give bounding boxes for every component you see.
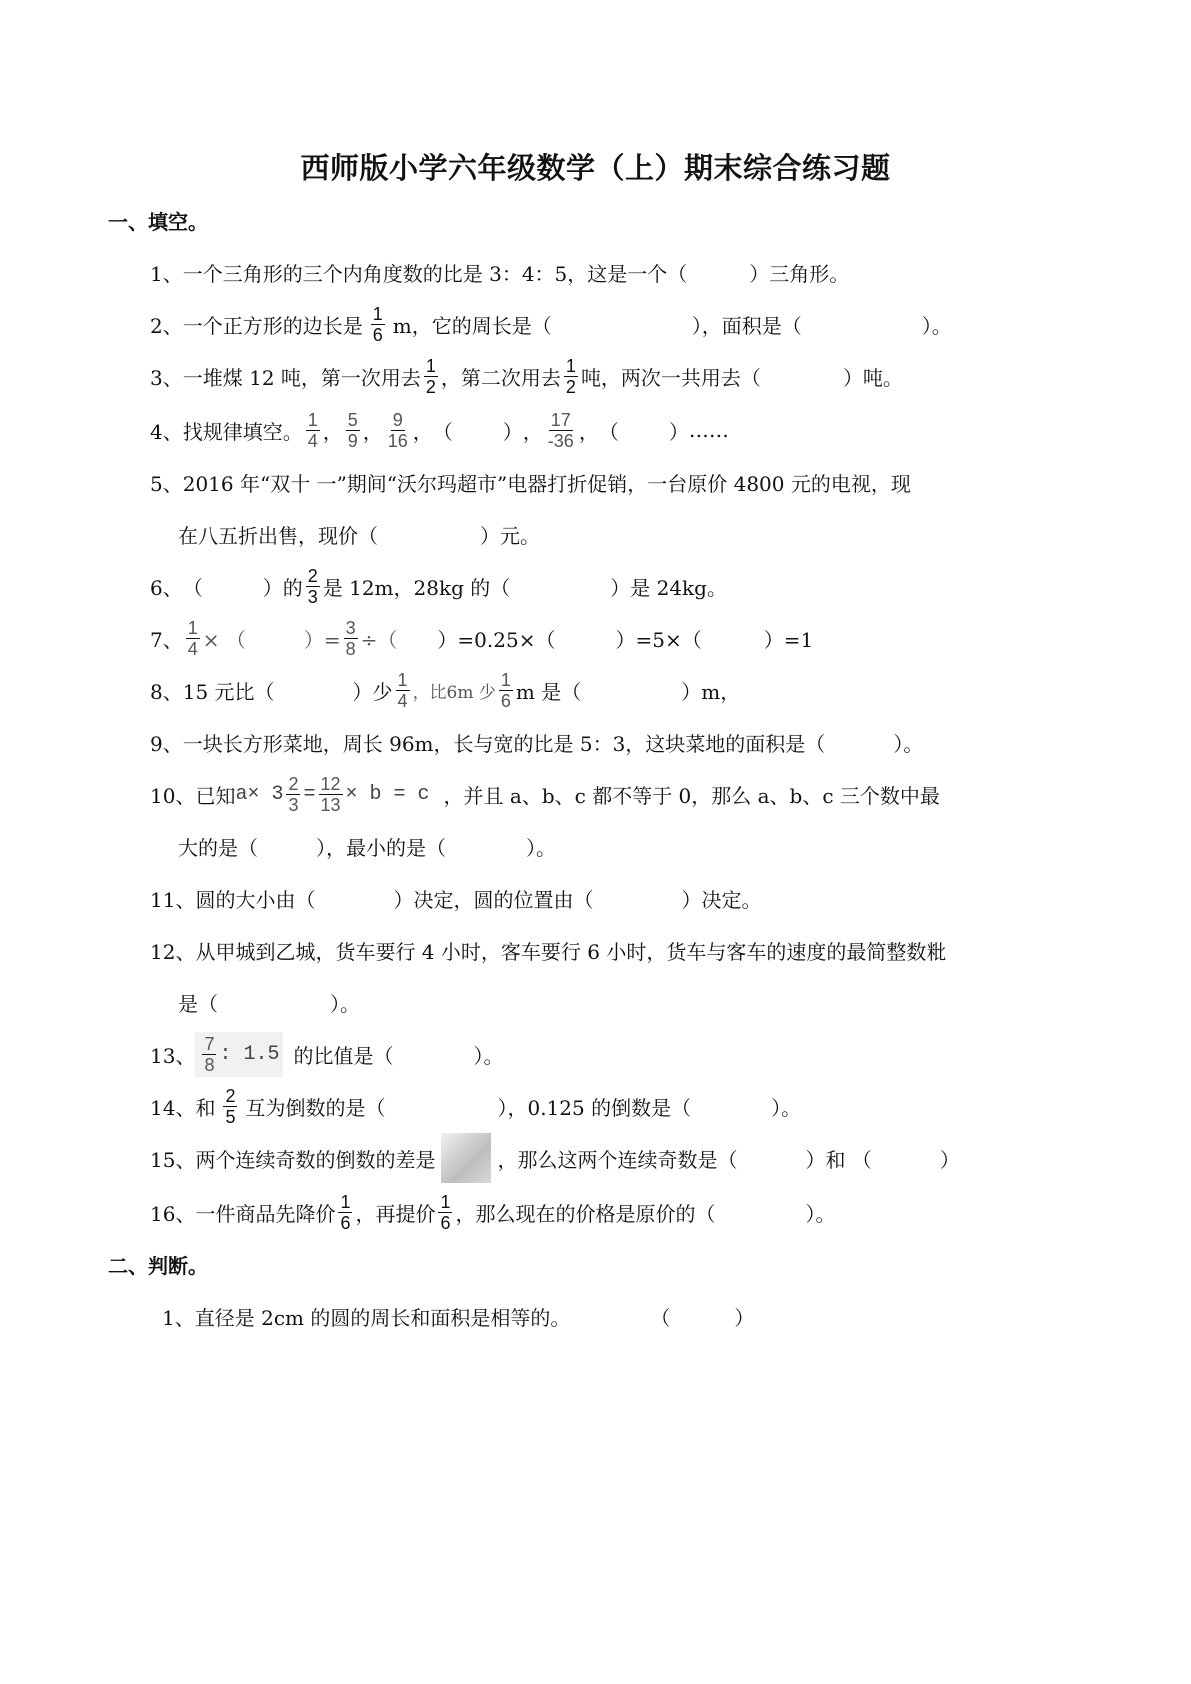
math-expression: a× 3 23 = 1213 × b = c bbox=[235, 774, 429, 815]
question-text: 的比值是（ bbox=[293, 1040, 393, 1069]
question-6: 6、 （ ）的 23 是 12m，28kg 的（ ）是 24kg。 bbox=[150, 566, 727, 606]
question-text: ） bbox=[940, 1144, 960, 1173]
question-1: 1、 一个三角形的三个内角度数的比是 3：4：5，这是一个（ ）三角形。 bbox=[150, 252, 849, 292]
question-text: ）。 bbox=[526, 832, 556, 861]
section-heading-judge: 二、判断。 bbox=[108, 1250, 208, 1279]
question-4: 4、 找规律填空。 14 ， 59 ， 916 ， （ ） ， 17-36 ， … bbox=[150, 410, 729, 450]
paren-open: （ bbox=[183, 572, 203, 601]
question-14: 14、 和 25 互为倒数的是（ ），0.125 的倒数是（ ）。 bbox=[150, 1086, 801, 1126]
question-10-continued: 大的是（ ），最小的是（ ）。 bbox=[178, 826, 556, 866]
question-text: 吨，两次一共用去（ bbox=[581, 362, 761, 391]
fraction: 14 bbox=[396, 670, 410, 711]
paren-close: ） bbox=[669, 416, 689, 445]
question-text: ）。 bbox=[805, 1198, 835, 1227]
question-text: 15 元比（ bbox=[183, 676, 275, 705]
question-text: ，那么现在的价格是原价的（ bbox=[455, 1198, 715, 1227]
question-8: 8、 15 元比（ ）少 14 ，比6m 少 16 m 是（ ）m， bbox=[150, 670, 740, 710]
question-text: m，它的周长是（ bbox=[393, 310, 552, 339]
question-text: 是（ bbox=[178, 988, 218, 1017]
question-text: ，再提价 bbox=[355, 1198, 435, 1227]
fraction: 25 bbox=[223, 1086, 237, 1127]
separator: ， bbox=[413, 416, 433, 445]
question-text: 2016 年“双十 一”期间“沃尔玛超市”电器打折促销，一台原价 4800 元的… bbox=[183, 468, 911, 497]
question-number: 4、 bbox=[150, 416, 183, 445]
judge-question-1: 1、 直径是 2cm 的圆的周长和面积是相等的。 （ ） bbox=[162, 1296, 754, 1336]
question-text: ）是 24kg。 bbox=[610, 572, 727, 601]
question-text: ，那么这两个连续奇数是（ bbox=[497, 1144, 737, 1173]
question-text: ，比6m 少 bbox=[413, 678, 496, 703]
question-13: 13、 78 : 1.5 的比值是（ ）。 bbox=[150, 1034, 503, 1074]
separator: ， bbox=[523, 416, 543, 445]
paren-open: （ bbox=[433, 416, 453, 445]
fraction: 16 bbox=[371, 304, 385, 345]
fraction: 16 bbox=[438, 1192, 452, 1233]
question-text: 一个正方形的边长是 bbox=[183, 310, 363, 339]
question-text: ÷（ bbox=[361, 624, 398, 653]
fraction: 916 bbox=[386, 410, 410, 451]
question-2: 2、 一个正方形的边长是 16 m，它的周长是（ ），面积是（ ）。 bbox=[150, 304, 952, 344]
fraction: 12 bbox=[564, 356, 578, 397]
question-text: ）元。 bbox=[480, 520, 540, 549]
fraction: 16 bbox=[338, 1192, 352, 1233]
question-text: ，第二次用去 bbox=[441, 362, 561, 391]
question-number: 1、 bbox=[162, 1302, 195, 1331]
fraction: 1213 bbox=[319, 774, 343, 815]
question-text: ），面积是（ bbox=[692, 310, 802, 339]
fraction: 12 bbox=[424, 356, 438, 397]
question-text: 找规律填空。 bbox=[183, 416, 303, 445]
question-text: ）少 bbox=[353, 676, 393, 705]
question-text: 从甲城到乙城，货车要行 4 小时，客车要行 6 小时，货车与客车的速度的最简整数… bbox=[195, 936, 946, 965]
question-text: 一个三角形的三个内角度数的比是 3：4：5，这是一个（ bbox=[183, 258, 688, 287]
question-text: ）三角形。 bbox=[749, 258, 849, 287]
question-12-continued: 是（ ）。 bbox=[178, 982, 360, 1022]
paren-close: ） bbox=[503, 416, 523, 445]
paren-open: （ bbox=[599, 416, 619, 445]
question-16: 16、 一件商品先降价 16 ，再提价 16 ，那么现在的价格是原价的（ ）。 bbox=[150, 1192, 835, 1232]
question-number: 10、 bbox=[150, 780, 195, 809]
question-number: 6、 bbox=[150, 572, 183, 601]
question-text: ）=1 bbox=[764, 624, 813, 653]
question-text: 在八五折出售，现价（ bbox=[178, 520, 378, 549]
question-5: 5、 2016 年“双十 一”期间“沃尔玛超市”电器打折促销，一台原价 4800… bbox=[150, 462, 911, 502]
question-number: 2、 bbox=[150, 310, 183, 339]
question-7: 7、 14 × （ ）= 38 ÷（ ）=0.25×（ ）=5×（ ）=1 bbox=[150, 618, 813, 658]
question-number: 8、 bbox=[150, 676, 183, 705]
question-number: 7、 bbox=[150, 624, 183, 653]
ratio-expression: 78 : 1.5 bbox=[195, 1032, 283, 1077]
question-text: 一块长方形菜地，周长 96m，长与宽的比是 5：3，这块菜地的面积是（ bbox=[183, 728, 826, 757]
question-text: 两个连续奇数的倒数的差是 bbox=[195, 1144, 435, 1173]
separator: ， bbox=[323, 416, 343, 445]
question-text: 一堆煤 12 吨，第一次用去 bbox=[183, 362, 421, 391]
question-text: ）= bbox=[304, 624, 341, 653]
question-text: ），0.125 的倒数是（ bbox=[497, 1092, 691, 1121]
question-text: 互为倒数的是（ bbox=[245, 1092, 385, 1121]
question-text: ）。 bbox=[473, 1040, 503, 1069]
question-text: ）=5×（ bbox=[615, 624, 701, 653]
question-text: 大的是（ bbox=[178, 832, 258, 861]
question-5-continued: 在八五折出售，现价（ ）元。 bbox=[178, 514, 540, 554]
question-text: 已知 bbox=[195, 780, 235, 809]
question-text: m 是（ bbox=[516, 676, 581, 705]
question-text: 一件商品先降价 bbox=[195, 1198, 335, 1227]
fraction: 59 bbox=[346, 410, 360, 451]
question-text: 圆的大小由（ bbox=[195, 884, 315, 913]
question-number: 1、 bbox=[150, 258, 183, 287]
question-number: 9、 bbox=[150, 728, 183, 757]
ellipsis: …… bbox=[689, 418, 729, 442]
question-text: ）吨。 bbox=[843, 362, 903, 391]
question-10: 10、 已知 a× 3 23 = 1213 × b = c ，并且 a、b、c … bbox=[150, 774, 940, 814]
fraction: 23 bbox=[286, 774, 300, 815]
question-text: ）。 bbox=[922, 310, 952, 339]
question-12: 12、 从甲城到乙城，货车要行 4 小时，客车要行 6 小时，货车与客车的速度的… bbox=[150, 930, 946, 970]
question-3: 3、 一堆煤 12 吨，第一次用去 12 ，第二次用去 12 吨，两次一共用去（… bbox=[150, 356, 903, 396]
question-text: 和 bbox=[195, 1092, 215, 1121]
question-number: 15、 bbox=[150, 1144, 195, 1173]
fraction: 78 bbox=[202, 1034, 216, 1075]
question-text: ）。 bbox=[330, 988, 360, 1017]
question-15: 15、 两个连续奇数的倒数的差是 ，那么这两个连续奇数是（ ）和 （ ） bbox=[150, 1138, 960, 1178]
question-text: ）m， bbox=[681, 676, 740, 705]
question-text: × （ bbox=[203, 624, 246, 653]
fraction: 17-36 bbox=[546, 410, 576, 451]
section-heading-fill-in: 一、填空。 bbox=[108, 206, 208, 235]
question-text: ）。 bbox=[893, 728, 923, 757]
question-number: 5、 bbox=[150, 468, 183, 497]
separator: ， bbox=[363, 416, 383, 445]
question-number: 14、 bbox=[150, 1092, 195, 1121]
question-text: ）的 bbox=[263, 572, 303, 601]
question-text: ）和 （ bbox=[805, 1144, 871, 1173]
question-11: 11、 圆的大小由（ ）决定，圆的位置由（ ）决定。 bbox=[150, 878, 761, 918]
question-text: ）决定，圆的位置由（ bbox=[393, 884, 593, 913]
fraction: 16 bbox=[499, 670, 513, 711]
separator: ， bbox=[579, 416, 599, 445]
fraction: 14 bbox=[186, 618, 200, 659]
question-number: 3、 bbox=[150, 362, 183, 391]
question-number: 16、 bbox=[150, 1198, 195, 1227]
fraction: 38 bbox=[344, 618, 358, 659]
question-9: 9、 一块长方形菜地，周长 96m，长与宽的比是 5：3，这块菜地的面积是（ ）… bbox=[150, 722, 923, 762]
question-number: 11、 bbox=[150, 884, 195, 913]
fraction: 14 bbox=[306, 410, 320, 451]
question-text: ）决定。 bbox=[681, 884, 761, 913]
question-text: 是 12m，28kg 的（ bbox=[323, 572, 511, 601]
question-text: ，并且 a、b、c 都不等于 0，那么 a、b、c 三个数中最 bbox=[444, 780, 940, 809]
paren-open: （ bbox=[650, 1302, 670, 1331]
blurred-image bbox=[441, 1133, 491, 1183]
question-text: 直径是 2cm 的圆的周长和面积是相等的。 bbox=[195, 1302, 571, 1331]
question-number: 13、 bbox=[150, 1040, 195, 1069]
document-title: 西师版小学六年级数学（上）期末综合练习题 bbox=[0, 146, 1191, 187]
question-text: ），最小的是（ bbox=[316, 832, 446, 861]
fraction: 23 bbox=[306, 566, 320, 607]
question-text: ）。 bbox=[771, 1092, 801, 1121]
question-number: 12、 bbox=[150, 936, 195, 965]
paren-close: ） bbox=[734, 1302, 754, 1331]
question-text: ）=0.25×（ bbox=[437, 624, 555, 653]
